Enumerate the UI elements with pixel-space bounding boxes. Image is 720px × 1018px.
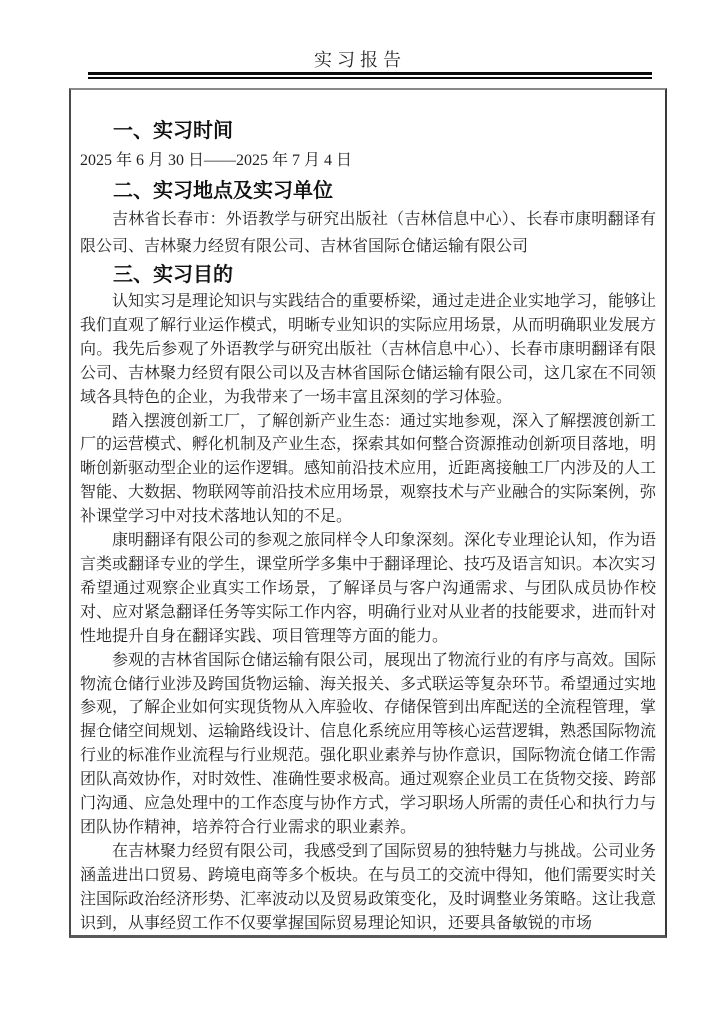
report-body-box: 一、实习时间 2025 年 6 月 30 日——2025 年 7 月 4 日 二… [69, 88, 667, 938]
purpose-paragraph-3: 康明翻译有限公司的参观之旅同样令人印象深刻。深化专业理论认知，作为语言类或翻译专… [80, 529, 656, 649]
section-heading-location: 二、实习地点及实习单位 [80, 176, 656, 206]
page-title: 实习报告 [0, 46, 720, 72]
purpose-paragraph-1: 认知实习是理论知识与实践结合的重要桥梁，通过走进企业实地学习，能够让我们直观了解… [80, 290, 656, 410]
purpose-paragraph-5: 在吉林聚力经贸有限公司，我感受到了国际贸易的独特魅力与挑战。公司业务涵盖进出口贸… [80, 840, 656, 936]
purpose-paragraph-4: 参观的吉林省国际仓储运输有限公司，展现出了物流行业的有序与高效。国际物流仓储行业… [80, 649, 656, 840]
section-heading-time: 一、实习时间 [80, 116, 656, 146]
report-page: 实习报告 一、实习时间 2025 年 6 月 30 日——2025 年 7 月 … [0, 0, 720, 1018]
internship-time-text: 2025 年 6 月 30 日——2025 年 7 月 4 日 [80, 146, 656, 176]
internship-location-text: 吉林省长春市：外语教学与研究出版社（吉林信息中心）、长春市康明翻译有限公司、吉林… [80, 206, 656, 260]
purpose-paragraph-2: 踏入摆渡创新工厂，了解创新产业生态：通过实地参观，深入了解摆渡创新工厂的运营模式… [80, 410, 656, 530]
section-heading-purpose: 三、实习目的 [80, 260, 656, 290]
title-divider [88, 72, 652, 79]
